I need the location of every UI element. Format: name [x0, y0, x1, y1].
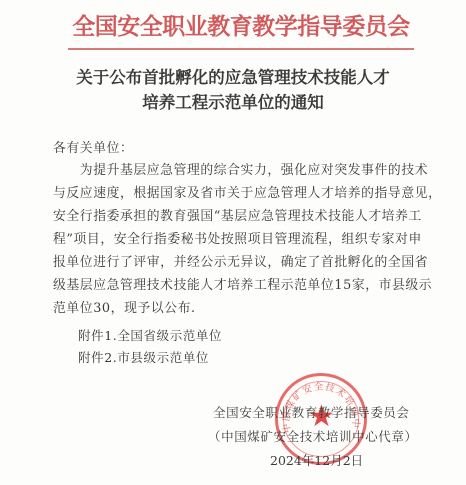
body-line: 为提升基层应急管理的综合实力，强化应对突发事件的技术 [53, 159, 415, 178]
body-line: 与反应速度，根据国家及省市关于应急管理人才培养的指导意见， [53, 182, 415, 201]
attachment-1[interactable]: 附件1.全国省级示范单位 [78, 326, 222, 344]
body-line: 级基层应急管理技术技能人才培养工程示范单位15家，市县级示 [53, 274, 415, 293]
signature-seal-note: （中国煤矿安全技术培训中心代章） [208, 427, 418, 445]
body-line: 安全行指委承担的教育强国“基层应急管理技术技能人才培养工 [53, 205, 415, 224]
signature-date: 2024年12月2日 [270, 451, 363, 469]
body-line: 报单位进行了评审，并经公示无异议，确定了首批孵化的全国省 [53, 251, 415, 270]
letterhead-organization: 全国安全职业教育教学指导委员会 [68, 8, 414, 41]
signature-organization: 全国安全职业教育教学指导委员会 [213, 403, 410, 421]
salutation: 各有关单位： [53, 137, 415, 156]
body-line: 程”项目，安全行指委秘书处按照项目管理流程，组织专家对申 [53, 228, 415, 247]
document-title-line-1: 关于公布首批孵化的应急管理技术技能人才 [0, 64, 466, 88]
body-line: 范单位30，现予以公布. [53, 297, 415, 316]
letterhead-rule [68, 48, 414, 50]
document-title-line-2: 培养工程示范单位的通知 [0, 89, 466, 113]
attachment-2[interactable]: 附件2.市县级示范单位 [78, 348, 209, 366]
